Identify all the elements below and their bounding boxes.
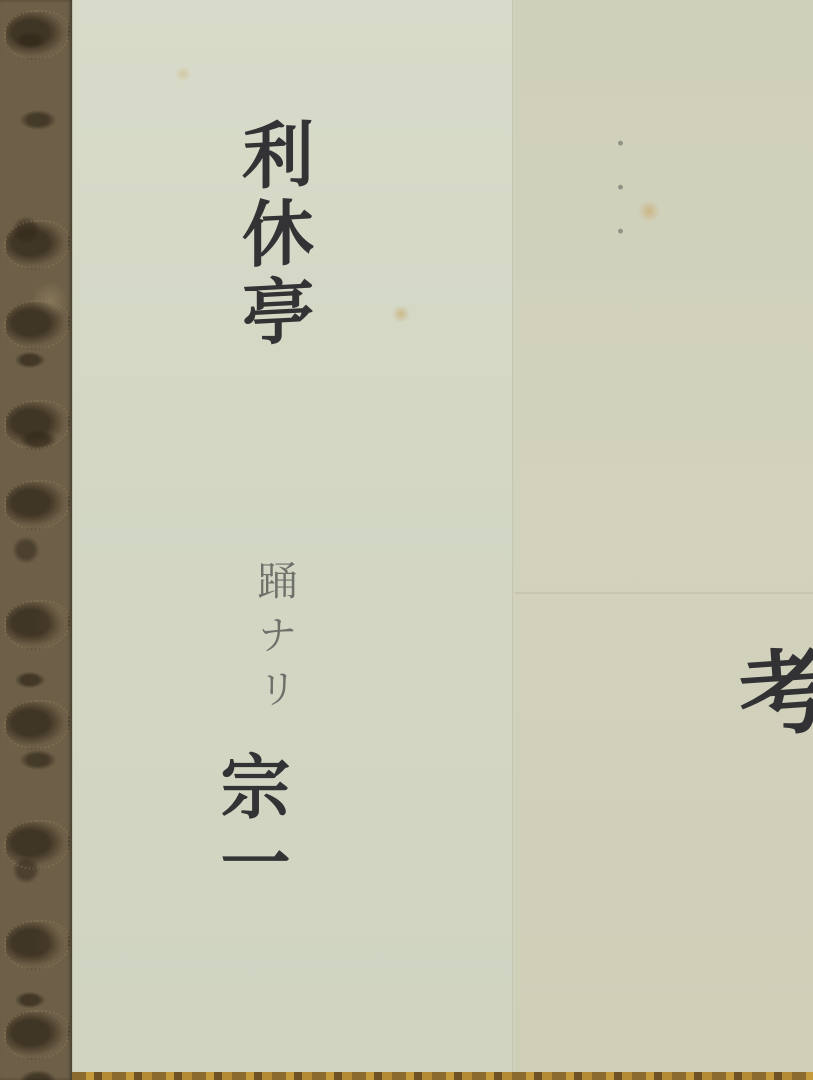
paper-seam bbox=[512, 0, 515, 1072]
floral-motif bbox=[4, 700, 70, 750]
paper-stain bbox=[392, 305, 410, 323]
paper-panel-right bbox=[512, 0, 813, 1072]
floral-motif bbox=[4, 300, 70, 350]
calligraphy-signature: 宗一 bbox=[200, 750, 301, 902]
floral-motif bbox=[4, 920, 70, 970]
floral-motif bbox=[4, 480, 70, 530]
paper-fold-line bbox=[515, 592, 813, 594]
calligraphy-secondary-column: 踊ナリ bbox=[246, 560, 303, 722]
floral-motif bbox=[4, 600, 70, 650]
calligraphy-main-column: 利休亭 bbox=[236, 116, 308, 354]
calligraphy-right-character: 考 bbox=[709, 641, 813, 748]
floral-motif bbox=[4, 1010, 70, 1060]
brocade-mounting bbox=[0, 0, 72, 1080]
floral-motif bbox=[4, 820, 70, 870]
floral-motif bbox=[4, 220, 70, 270]
gold-brocade-band bbox=[72, 1072, 813, 1080]
floral-motif bbox=[4, 10, 70, 60]
paper-stain bbox=[638, 200, 660, 222]
faint-ink-trace: ・・・ bbox=[600, 130, 637, 262]
floral-motif bbox=[4, 400, 70, 450]
paper-stain bbox=[175, 66, 191, 82]
